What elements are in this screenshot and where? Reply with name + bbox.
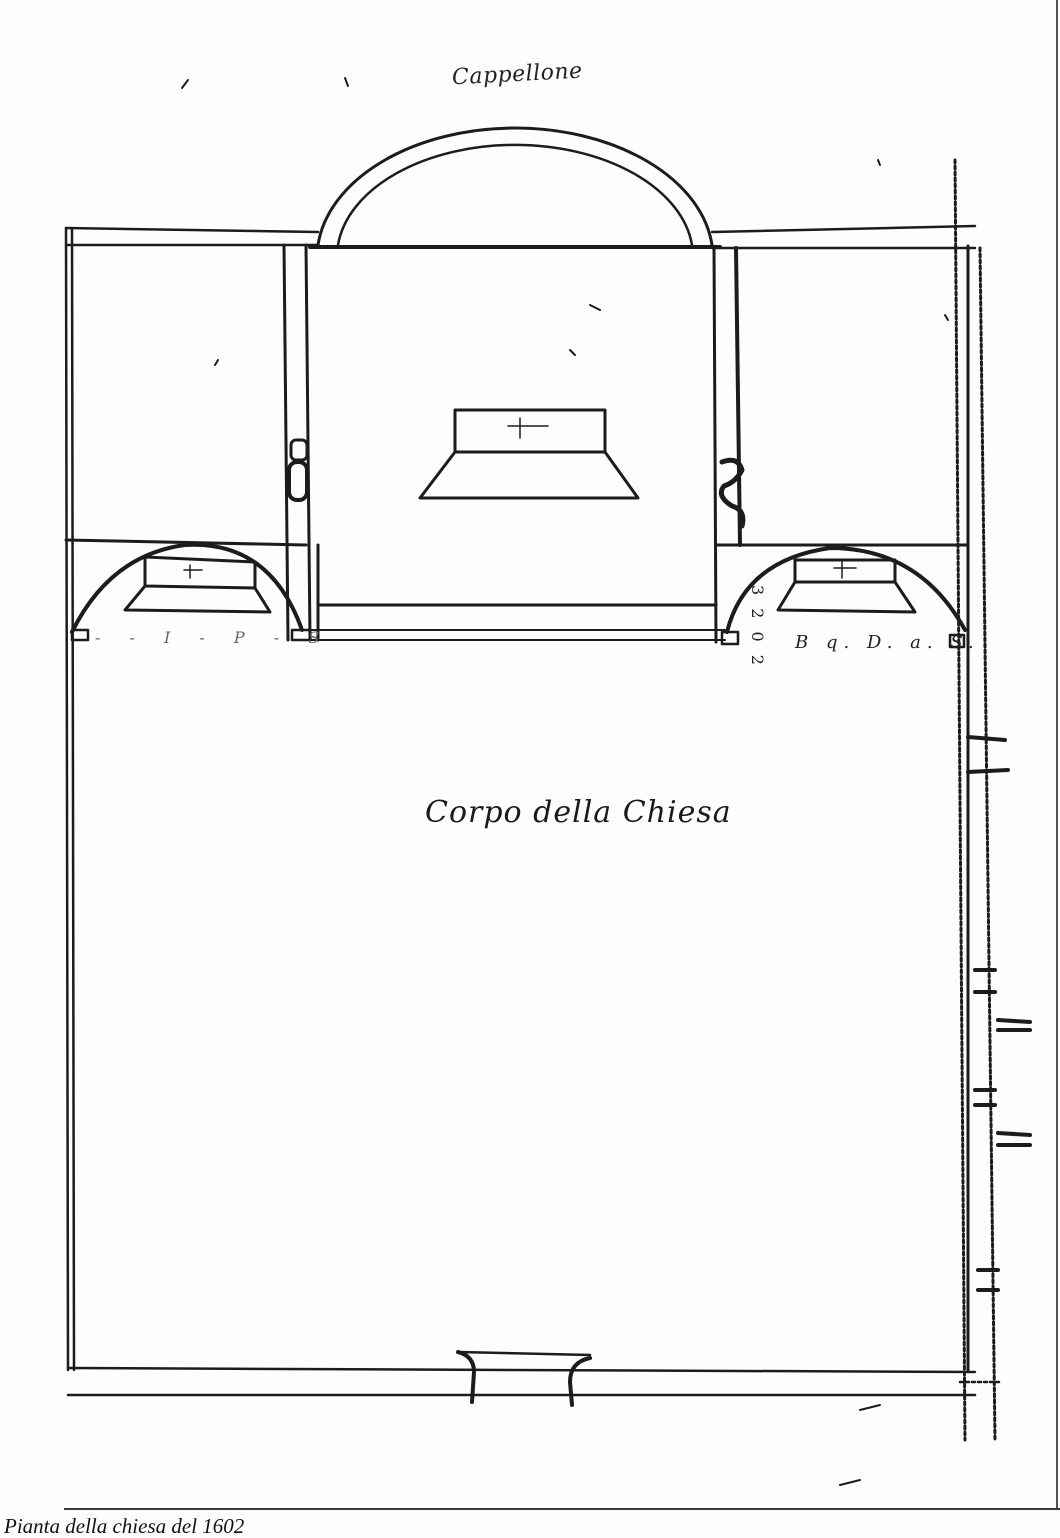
- nave-label: Corpo della Chiesa: [425, 795, 732, 830]
- right-outer-wall: [955, 160, 995, 1440]
- vertical-measure-label: 3 2 0 2: [748, 585, 767, 669]
- left-outer-wall: [66, 228, 74, 1370]
- presbytery-boundary: [306, 605, 725, 640]
- figure-caption: Pianta della chiesa del 1602: [4, 1514, 244, 1538]
- apse: [318, 128, 712, 245]
- left-sacristy: [66, 245, 318, 640]
- church-floor-plan: [0, 0, 1060, 1538]
- page-edge-bottom: [64, 1508, 1060, 1510]
- facade-wall: [68, 1368, 1000, 1395]
- main-altar: [420, 410, 638, 498]
- ink-specks: [182, 78, 948, 1485]
- right-chapel-measure-label: B q. D. a. S.: [795, 632, 980, 653]
- top-wall: [66, 226, 975, 248]
- left-chapel: [72, 545, 310, 640]
- main-entrance: [458, 1352, 590, 1405]
- scanned-sheet: Cappellone Corpo della Chiesa B q. D. a.…: [0, 0, 1060, 1538]
- left-chapel-measure-label: - - I - P - S: [95, 628, 331, 647]
- page-edge-right: [1056, 0, 1058, 1510]
- right-side-wall-openings: [968, 737, 1030, 1290]
